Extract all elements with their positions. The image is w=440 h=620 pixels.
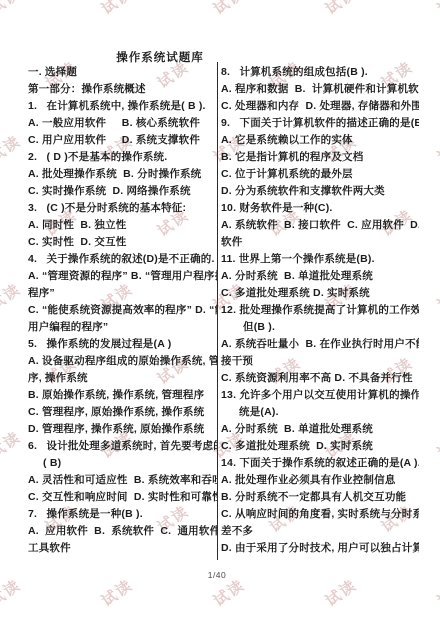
- text-line: ( B): [28, 455, 218, 472]
- text-line: 13. 允许多个用户以交互使用计算机的操作系: [221, 387, 419, 404]
- text-line: A. 它是系统赖以工作的实体: [221, 132, 419, 149]
- right-column: 8. 计算机系统的组成包括(B ).A. 程序和数据 B. 计算机硬件和计算机软…: [221, 64, 419, 557]
- text-line: 统是(A).: [221, 404, 419, 421]
- text-line: A. 批处理作业必须具有作业控制信息: [221, 472, 419, 489]
- text-line: 用户编程的程序”: [28, 319, 218, 336]
- text-line: 1. 在计算机系统中, 操作系统是( B ).: [28, 98, 218, 115]
- text-line: C. 系统资源利用率不高 D. 不具备并行性: [221, 370, 419, 387]
- text-line: A. 系统软件 B. 接口软件 C. 应用软件 D. 用户: [221, 217, 419, 234]
- column-divider: [217, 62, 218, 560]
- text-line: D. 分为系统软件和支撑软件两大类: [221, 183, 419, 200]
- watermark-text: 试读: [433, 0, 440, 19]
- watermark-text: 试读: [433, 574, 440, 611]
- text-line: C. 用户应用软件 D. 系统支撑软件: [28, 132, 218, 149]
- text-line: 2. ( D )不是基本的操作系统.: [28, 149, 218, 166]
- text-line: 6. 设计批处理多道系统时, 首先要考虑的是: [28, 438, 218, 455]
- watermark-text: 试读: [97, 0, 137, 19]
- text-line: A. 应用软件 B. 系统软件 C. 通用软件 D.: [28, 523, 218, 540]
- watermark-text: 试读: [433, 426, 440, 463]
- watermark-text: 试读: [97, 574, 137, 611]
- text-line: A. 程序和数据 B. 计算机硬件和计算机软件: [221, 81, 419, 98]
- text-line: C. 从响应时间的角度看, 实时系统与分时系统: [221, 506, 419, 523]
- text-line: 工具软件: [28, 540, 218, 557]
- text-line: 4. 关于操作系统的叙述(D)是不正确的.: [28, 251, 218, 268]
- watermark-text: 试读: [0, 426, 25, 463]
- text-line: 11. 世界上第一个操作系统是(B).: [221, 251, 419, 268]
- text-line: 3. (C )不是分时系统的基本特征:: [28, 200, 218, 217]
- text-line: A. 设备驱动程序组成的原始操作系统, 管理程: [28, 353, 218, 370]
- text-line: A. 系统吞吐量小 B. 在作业执行时用户不能直: [221, 336, 419, 353]
- text-line: 第一部分：操作系统概述: [28, 81, 218, 98]
- text-line: 但(B ).: [221, 319, 419, 336]
- watermark-text: 试读: [0, 130, 25, 167]
- text-line: 一. 选择题: [28, 64, 218, 81]
- text-line: C. 管理程序, 原始操作系统, 操作系统: [28, 404, 218, 421]
- watermark-text: 试读: [209, 0, 249, 19]
- text-line: 5. 操作系统的发展过程是(A ): [28, 336, 218, 353]
- text-line: A. 分时系统 B. 单道批处理系统: [221, 421, 419, 438]
- page-number: 1/40: [193, 570, 241, 580]
- text-line: A. 分时系统 B. 单道批处理系统: [221, 268, 419, 285]
- text-line: C. 多道批处理系统 D. 实时系统: [221, 285, 419, 302]
- text-line: 8. 计算机系统的组成包括(B ).: [221, 64, 419, 81]
- text-line: A. “管理资源的程序” B. “管理用户程序执行的: [28, 268, 218, 285]
- watermark-text: 试读: [433, 278, 440, 315]
- left-column: 一. 选择题第一部分：操作系统概述1. 在计算机系统中, 操作系统是( B ).…: [28, 64, 218, 557]
- text-line: 9. 下面关于计算机软件的描述正确的是(B ).: [221, 115, 419, 132]
- watermark-text: 试读: [433, 130, 440, 167]
- page-title: 操作系统试题库: [0, 49, 320, 65]
- text-line: 10. 财务软件是一种(C).: [221, 200, 419, 217]
- text-line: 接干预: [221, 353, 419, 370]
- text-line: C. 位于计算机系统的最外层: [221, 166, 419, 183]
- text-line: D. 管理程序, 操作系统, 原始操作系统: [28, 421, 218, 438]
- watermark-text: 试读: [0, 0, 25, 19]
- text-line: C. 实时操作系统 D. 网络操作系统: [28, 183, 218, 200]
- text-line: B. 原始操作系统, 操作系统, 管理程序: [28, 387, 218, 404]
- text-line: A. 批处理操作系统 B. 分时操作系统: [28, 166, 218, 183]
- watermark-text: 试读: [321, 0, 361, 19]
- watermark-text: 试读: [0, 278, 25, 315]
- watermark-text: 试读: [321, 574, 361, 611]
- text-line: A. 灵活性和可适应性 B. 系统效率和吞吐量: [28, 472, 218, 489]
- text-line: B. 分时系统不一定都具有人机交互功能: [221, 489, 419, 506]
- text-line: A. 同时性 B. 独立性: [28, 217, 218, 234]
- document-page: 试读试读试读试读试读试读试读试读试读试读试读试读试读试读试读试读试读试读试读试读…: [0, 0, 440, 620]
- text-line: B. 它是指计算机的程序及文档: [221, 149, 419, 166]
- text-line: C. 实时性 D. 交互性: [28, 234, 218, 251]
- text-line: 程序”: [28, 285, 218, 302]
- text-line: A. 一般应用软件 B. 核心系统软件: [28, 115, 218, 132]
- watermark-text: 试读: [0, 574, 25, 611]
- text-line: 14. 下面关于操作系统的叙述正确的是(A ).: [221, 455, 419, 472]
- text-line: C. 交互性和响应时间 D. 实时性和可靠性: [28, 489, 218, 506]
- text-line: 12. 批处理操作系统提高了计算机的工作效率,: [221, 302, 419, 319]
- text-line: 7. 操作系统是一种(B ).: [28, 506, 218, 523]
- text-line: C. 处理器和内存 D. 处理器, 存储器和外围设备: [221, 98, 419, 115]
- text-line: C. “能使系统资源提高效率的程序” D. “能方便: [28, 302, 218, 319]
- text-line: 软件: [221, 234, 419, 251]
- text-line: C. 多道批处理系统 D. 实时系统: [221, 438, 419, 455]
- text-line: 序, 操作系统: [28, 370, 218, 387]
- text-line: 差不多: [221, 523, 419, 540]
- text-line: D. 由于采用了分时技术, 用户可以独占计算机: [221, 540, 419, 557]
